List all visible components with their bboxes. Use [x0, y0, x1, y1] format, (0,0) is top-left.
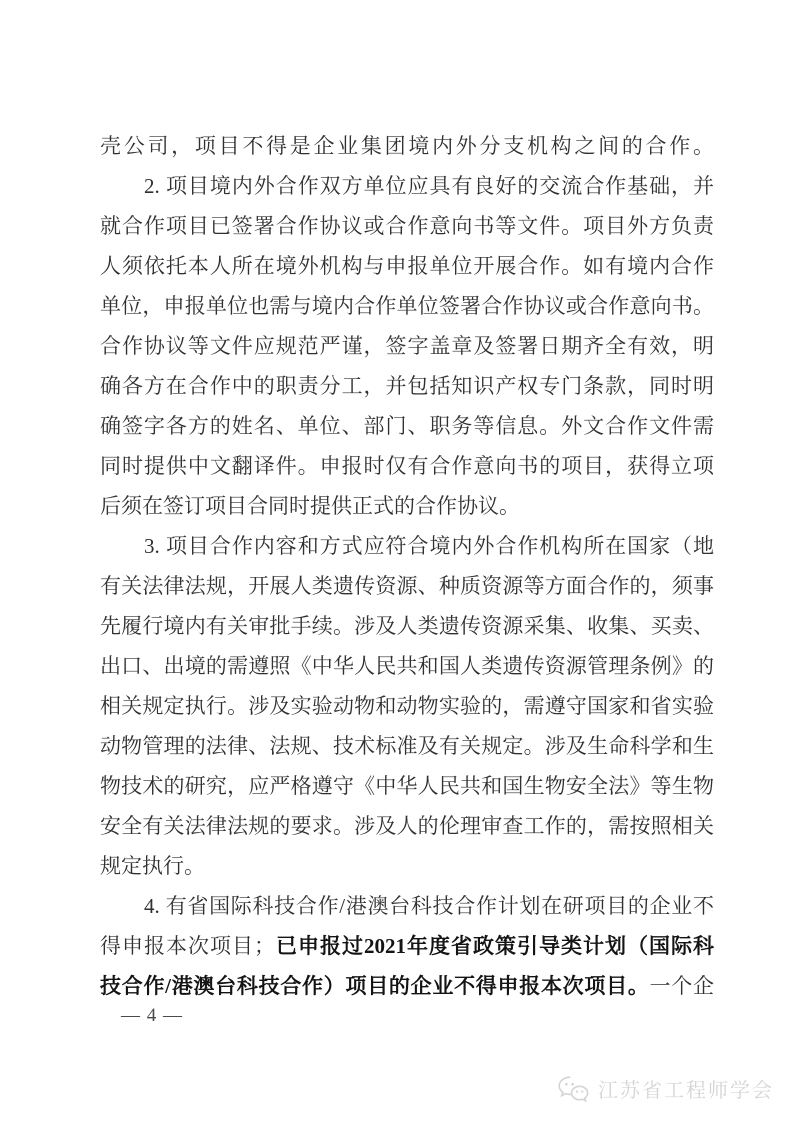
document-line: 后须在签订项目合同时提供正式的合作协议。: [100, 486, 714, 526]
text-segment: 规定执行。: [100, 854, 205, 878]
document-line: 规定执行。: [100, 846, 714, 886]
document-line: 单位，申报单位也需与境内合作单位签署合作协议或合作意向书。: [100, 286, 714, 326]
text-segment: 安全有关法律法规的要求。涉及人的伦理审查工作的，需按照相关: [100, 814, 714, 838]
document-line: 确各方在合作中的职责分工，并包括知识产权专门条款，同时明: [100, 366, 714, 406]
document-page: 壳公司，项目不得是企业集团境内外分支机构之间的合作。2. 项目境内外合作双方单位…: [0, 0, 800, 1131]
text-segment: 出口、出境的需遵照《中华人民共和国人类遗传资源管理条例》的: [100, 654, 714, 678]
text-segment: 已申报过2021年度省政策引导类计划（国际科: [275, 934, 714, 958]
document-line: 有关法律法规，开展人类遗传资源、种质资源等方面合作的，须事: [100, 566, 714, 606]
text-segment: 后须在签订项目合同时提供正式的合作协议。: [100, 494, 520, 518]
text-segment: 相关规定执行。涉及实验动物和动物实验的，需遵守国家和省实验: [100, 694, 714, 718]
document-line: 人须依托本人所在境外机构与申报单位开展合作。如有境内合作: [100, 246, 714, 286]
document-line: 相关规定执行。涉及实验动物和动物实验的，需遵守国家和省实验: [100, 686, 714, 726]
document-line: 动物管理的法律、法规、技术标准及有关规定。涉及生命科学和生: [100, 726, 714, 766]
document-line: 同时提供中文翻译件。申报时仅有合作意向书的项目，获得立项: [100, 446, 714, 486]
text-segment: 有关法律法规，开展人类遗传资源、种质资源等方面合作的，须事: [100, 574, 714, 598]
document-line: 2. 项目境内外合作双方单位应具有良好的交流合作基础，并: [100, 166, 714, 206]
text-segment: 同时提供中文翻译件。申报时仅有合作意向书的项目，获得立项: [100, 454, 714, 478]
document-line: 3. 项目合作内容和方式应符合境内外合作机构所在国家（地区）: [100, 526, 714, 566]
text-segment: 单位，申报单位也需与境内合作单位签署合作协议或合作意向书。: [100, 294, 714, 318]
document-line: 4. 有省国际科技合作/港澳台科技合作计划在研项目的企业不: [100, 886, 714, 926]
text-segment: 技合作/港澳台科技合作）项目的企业不得申报本次项目。: [100, 974, 650, 998]
document-line: 就合作项目已签署合作协议或合作意向书等文件。项目外方负责: [100, 206, 714, 246]
document-line: 得申报本次项目；已申报过2021年度省政策引导类计划（国际科: [100, 926, 714, 966]
text-segment: 人须依托本人所在境外机构与申报单位开展合作。如有境内合作: [100, 254, 714, 278]
document-line: 合作协议等文件应规范严谨，签字盖章及签署日期齐全有效，明: [100, 326, 714, 366]
text-segment: 一个企: [650, 974, 714, 998]
text-segment: 先履行境内有关审批手续。涉及人类遗传资源采集、收集、买卖、: [100, 614, 714, 638]
text-segment: 确签字各方的姓名、单位、部门、职务等信息。外文合作文件需: [100, 414, 714, 438]
text-segment: 就合作项目已签署合作协议或合作意向书等文件。项目外方负责: [100, 214, 714, 238]
text-segment: 3. 项目合作内容和方式应符合境内外合作机构所在国家（地区）: [144, 534, 714, 566]
text-segment: 确各方在合作中的职责分工，并包括知识产权专门条款，同时明: [100, 374, 714, 398]
text-segment: 动物管理的法律、法规、技术标准及有关规定。涉及生命科学和生: [100, 734, 714, 758]
document-body: 壳公司，项目不得是企业集团境内外分支机构之间的合作。2. 项目境内外合作双方单位…: [100, 126, 714, 1006]
watermark-label: 江苏省工程师学会: [598, 1074, 774, 1103]
document-line: 技合作/港澳台科技合作）项目的企业不得申报本次项目。一个企: [100, 966, 714, 1006]
document-line: 出口、出境的需遵照《中华人民共和国人类遗传资源管理条例》的: [100, 646, 714, 686]
page-number: — 4 —: [121, 1001, 183, 1031]
text-segment: 2. 项目境内外合作双方单位应具有良好的交流合作基础，并: [144, 174, 714, 198]
watermark: 江苏省工程师学会: [557, 1074, 774, 1103]
text-segment: 合作协议等文件应规范严谨，签字盖章及签署日期齐全有效，明: [100, 334, 714, 358]
document-line: 确签字各方的姓名、单位、部门、职务等信息。外文合作文件需: [100, 406, 714, 446]
document-line: 先履行境内有关审批手续。涉及人类遗传资源采集、收集、买卖、: [100, 606, 714, 646]
document-line: 安全有关法律法规的要求。涉及人的伦理审查工作的，需按照相关: [100, 806, 714, 846]
text-segment: 壳公司，项目不得是企业集团境内外分支机构之间的合作。: [100, 134, 714, 158]
wechat-icon: [557, 1075, 591, 1103]
document-line: 物技术的研究，应严格遵守《中华人民共和国生物安全法》等生物: [100, 766, 714, 806]
text-segment: 4. 有省国际科技合作/港澳台科技合作计划在研项目的企业不: [144, 894, 714, 918]
text-segment: 得申报本次项目；: [100, 934, 275, 958]
text-segment: 物技术的研究，应严格遵守《中华人民共和国生物安全法》等生物: [100, 774, 714, 798]
document-line: 壳公司，项目不得是企业集团境内外分支机构之间的合作。: [100, 126, 714, 166]
